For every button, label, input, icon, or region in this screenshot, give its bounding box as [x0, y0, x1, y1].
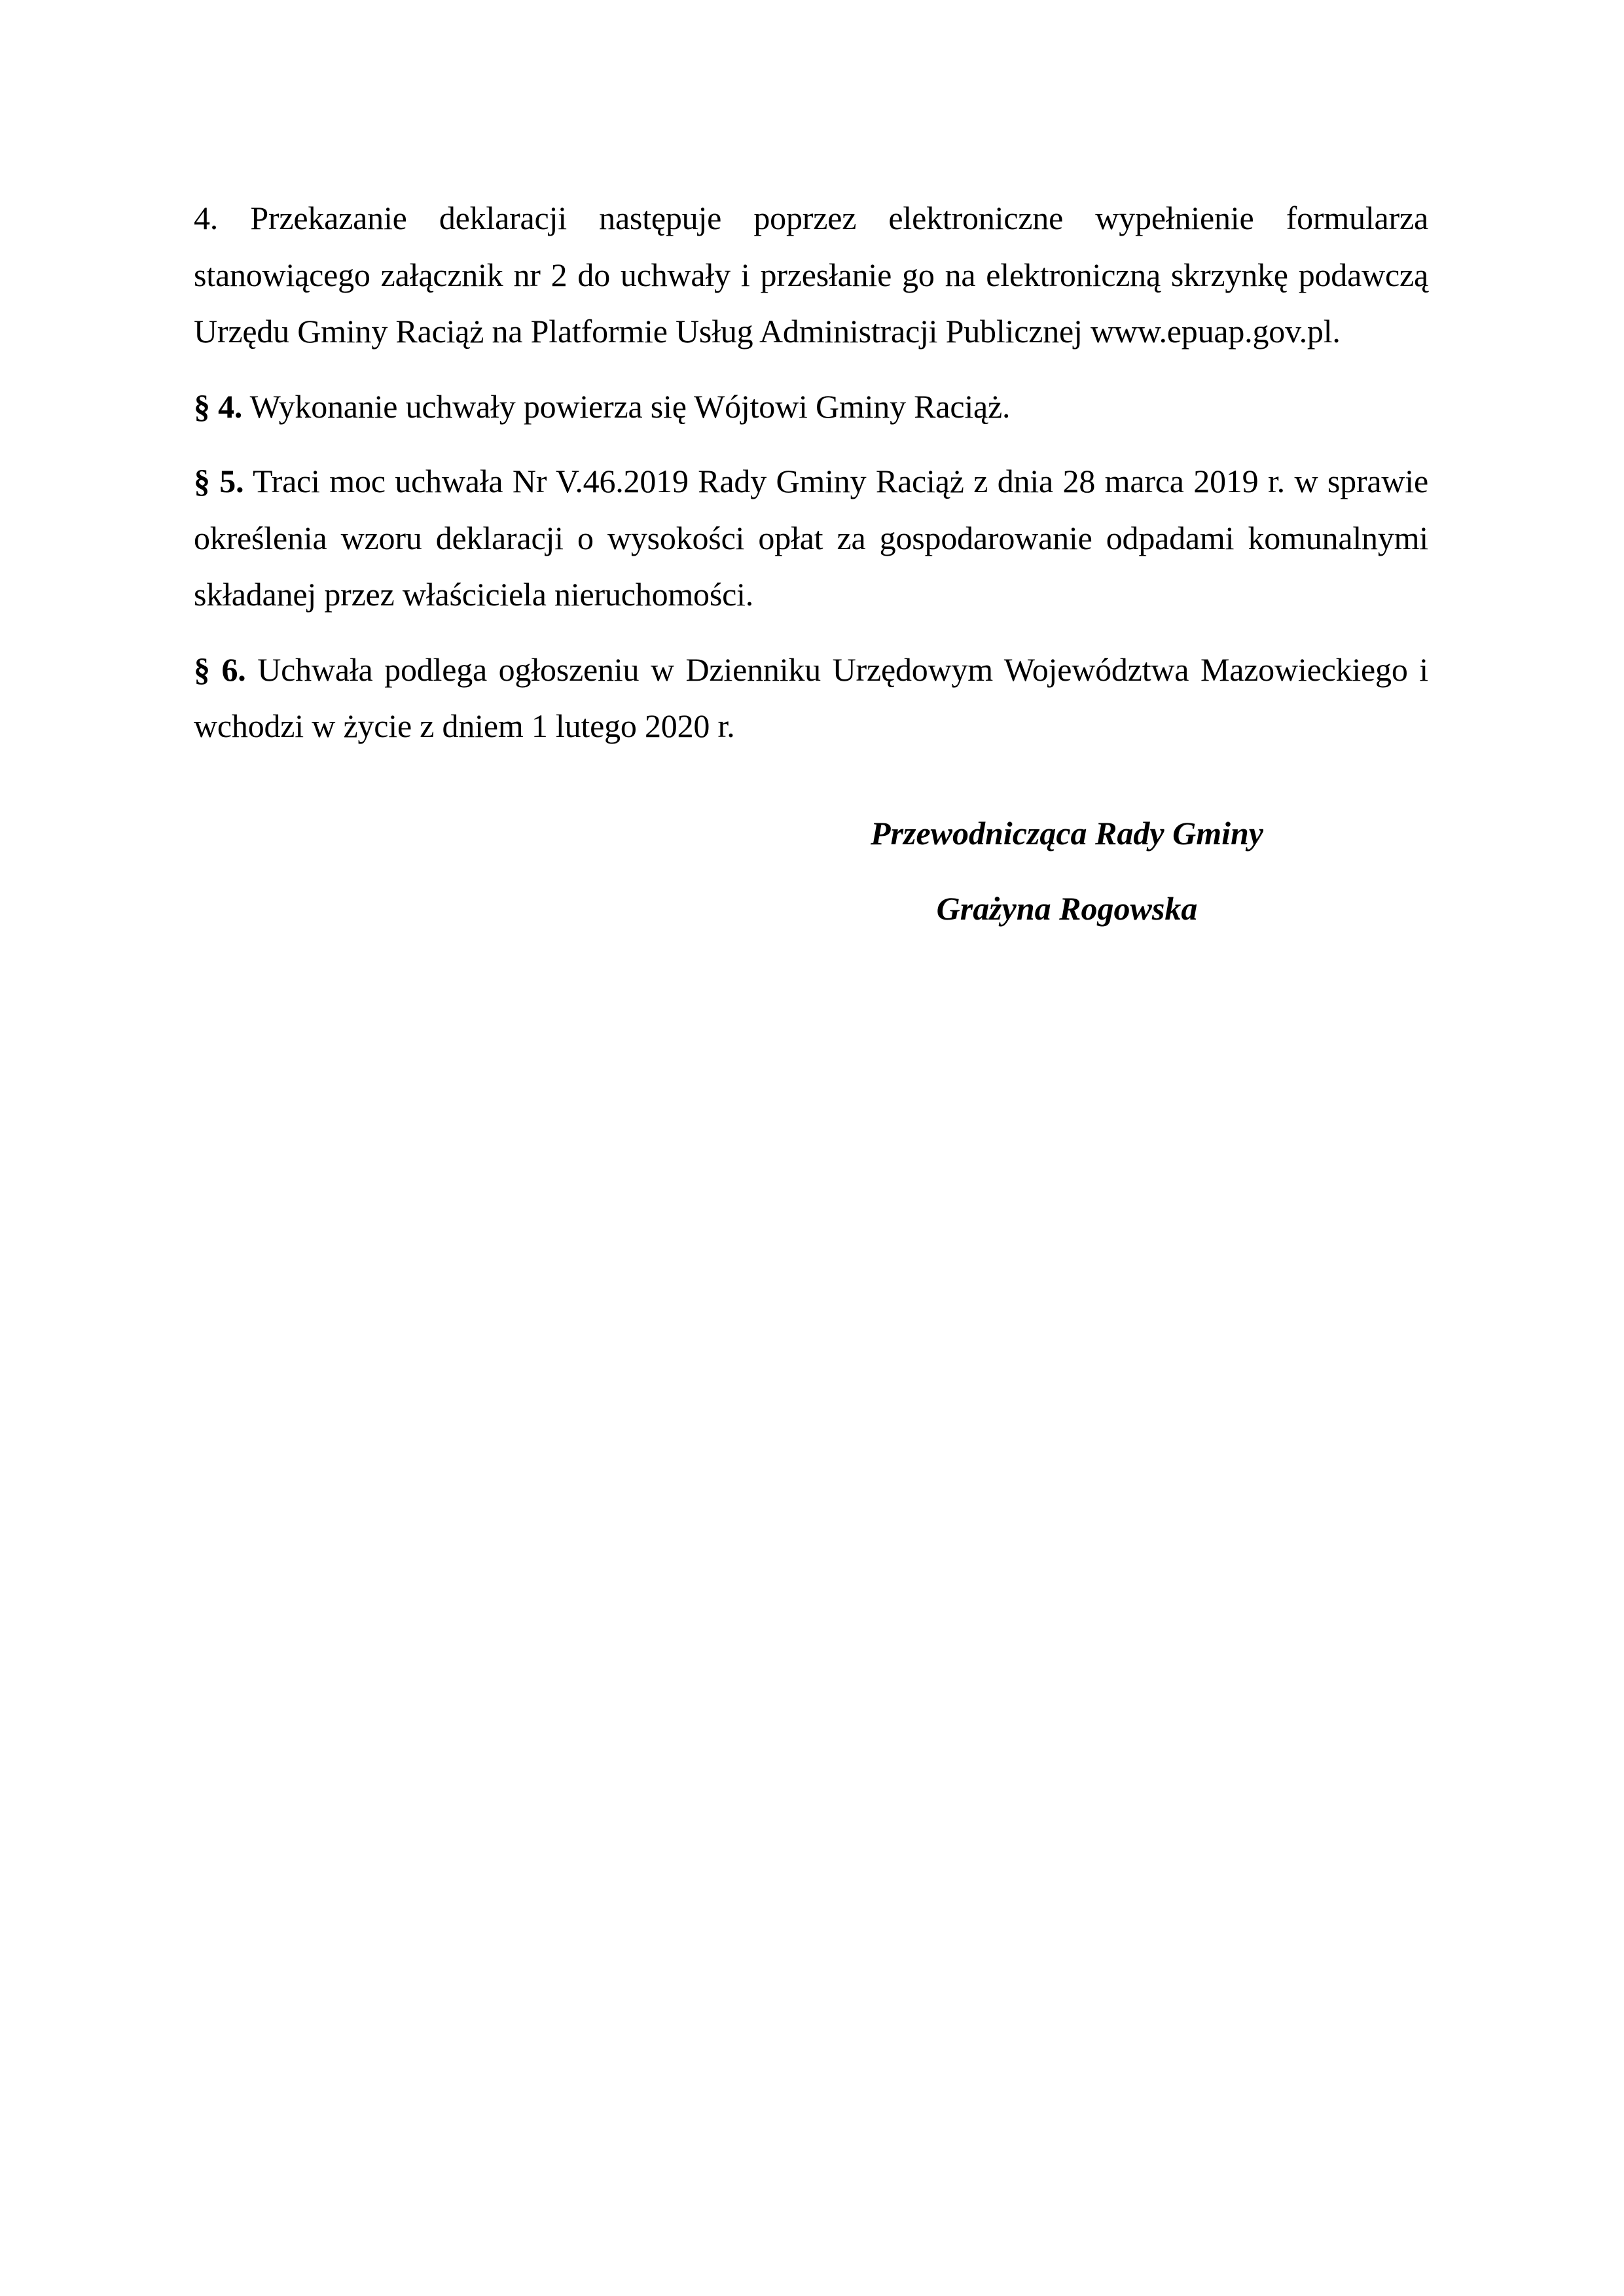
paragraph-number: 4. — [194, 200, 218, 236]
section-6: § 6. Uchwała podlega ogłoszeniu w Dzienn… — [194, 641, 1428, 755]
section-number: § 4. — [194, 388, 242, 425]
section-number: § 6. — [194, 651, 246, 688]
signature-title: Przewodnicząca Rady Gminy — [838, 817, 1296, 850]
signature-block: Przewodnicząca Rady Gminy Grażyna Rogows… — [838, 817, 1296, 925]
section-4: § 4. Wykonanie uchwały powierza się Wójt… — [194, 378, 1428, 435]
section-text: Uchwała podlega ogłoszeniu w Dzienniku U… — [194, 651, 1428, 745]
section-5: § 5. Traci moc uchwała Nr V.46.2019 Rady… — [194, 453, 1428, 623]
section-text: Wykonanie uchwały powierza się Wójtowi G… — [242, 388, 1010, 425]
paragraph-text: Przekazanie deklaracji następuje poprzez… — [194, 200, 1428, 350]
section-text: Traci moc uchwała Nr V.46.2019 Rady Gmin… — [194, 463, 1428, 613]
paragraph-4-submission: 4. Przekazanie deklaracji następuje popr… — [194, 190, 1428, 360]
signature-name: Grażyna Rogowska — [838, 892, 1296, 925]
document-page: 4. Przekazanie deklaracji następuje popr… — [194, 190, 1428, 773]
section-number: § 5. — [194, 463, 244, 499]
